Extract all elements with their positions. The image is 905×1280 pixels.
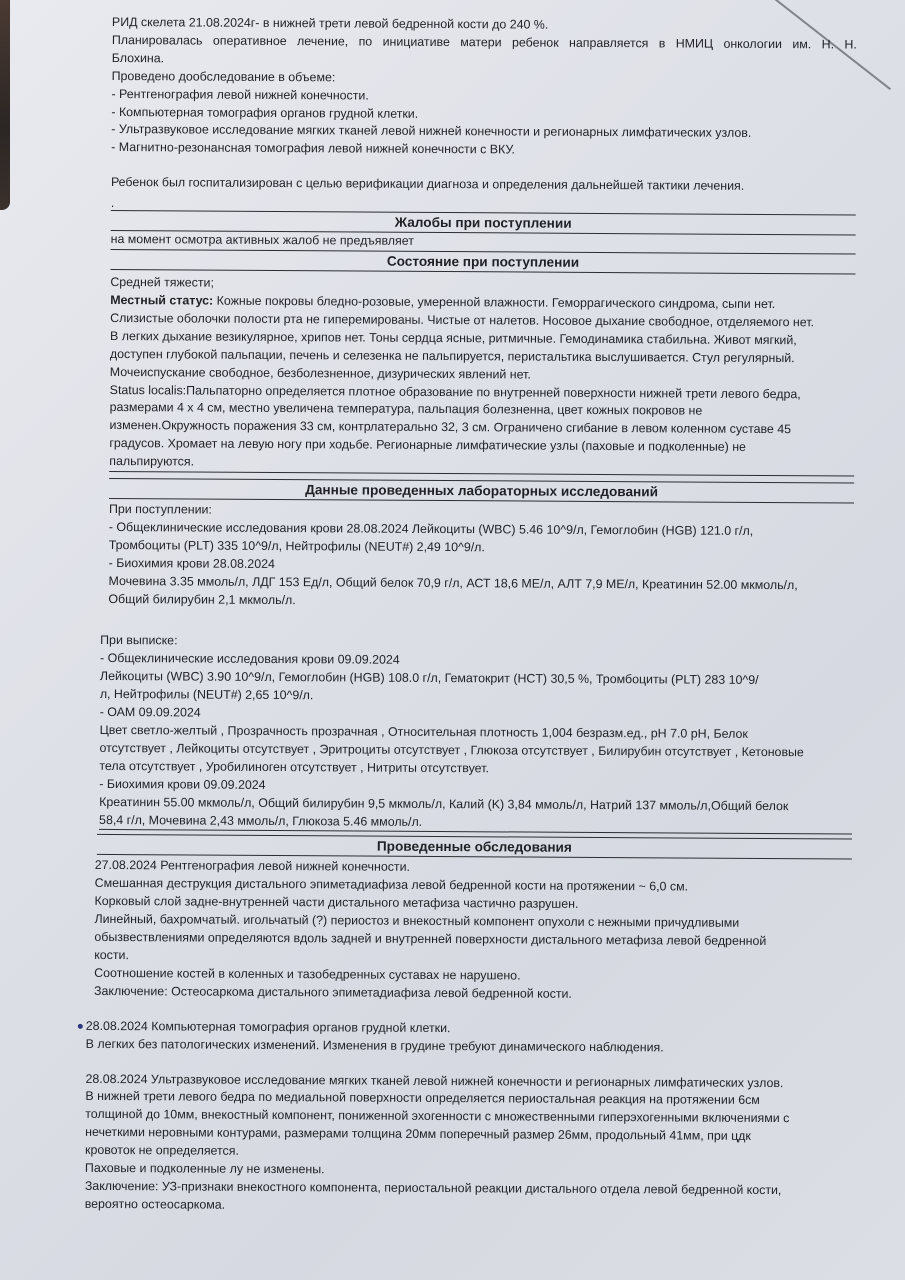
admission-state-section: Средней тяжести; Местный статус: Кожные …	[109, 274, 855, 477]
bullet-icon	[78, 1023, 83, 1028]
local-status-label: Местный статус:	[110, 293, 213, 308]
labs-discharge: При выписке: - Общеклинические исследова…	[99, 632, 853, 835]
photo-background-edge	[0, 0, 10, 210]
ct-exam: 28.08.2024 Компьютерная томография орган…	[86, 1018, 851, 1058]
intro-section: РИД скелета 21.08.2024г- в нижней трети …	[111, 14, 857, 216]
labs-admission: При поступлении: - Общеклинические иссле…	[108, 501, 854, 613]
discharge-summary-page: РИД скелета 21.08.2024г- в нижней трети …	[105, 14, 857, 1218]
local-status-text: Кожные покровы бледно-розовые, умеренной…	[213, 294, 775, 311]
exams-heading: Проведенные обследования	[97, 834, 852, 860]
admission-state-heading: Состояние при поступлении	[110, 250, 855, 275]
ultrasound-exam: 28.08.2024 Ультразвуковое исследование м…	[85, 1070, 851, 1218]
labs-heading: Данные проведенных лабораторных исследов…	[109, 478, 854, 504]
xray-exam: 27.08.2024 Рентгенография левой нижней к…	[94, 857, 852, 1005]
hospitalization-reason: Ребенок был госпитализирован с целью вер…	[111, 174, 856, 196]
